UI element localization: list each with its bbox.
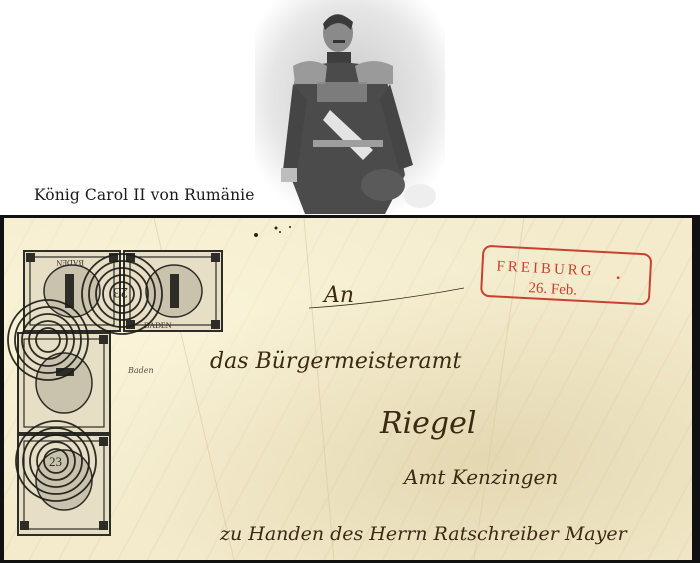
postal-cover: BADEN BADEN: [0, 215, 700, 563]
handwritten-address: An das Bürgermeisteramt Riegel Amt Kenzi…: [210, 283, 629, 545]
svg-text:Riegel: Riegel: [379, 406, 477, 441]
svg-text:23: 23: [49, 454, 62, 469]
svg-text:BADEN: BADEN: [56, 258, 84, 267]
cover-paper: BADEN BADEN: [4, 218, 692, 560]
svg-text:23: 23: [113, 284, 128, 300]
svg-text:das Bürgermeisteramt: das Bürgermeisteramt: [210, 349, 462, 374]
image-caption: König Carol II von Rumänien: [34, 186, 265, 204]
svg-text:zu Handen des Herrn Ratschreib: zu Handen des Herrn Ratschreiber Mayer: [219, 523, 629, 545]
freiburg-postmark: FREIBURG . 26. Feb.: [481, 246, 651, 305]
svg-text:FREIBURG: FREIBURG: [496, 258, 595, 279]
svg-text:.: .: [616, 264, 621, 283]
pencil-note: Baden: [127, 366, 154, 375]
svg-text:26. Feb.: 26. Feb.: [528, 280, 578, 299]
svg-text:Amt Kenzingen: Amt Kenzingen: [402, 465, 558, 489]
portrait-photo: [255, 0, 445, 214]
svg-text:BADEN: BADEN: [144, 321, 172, 330]
